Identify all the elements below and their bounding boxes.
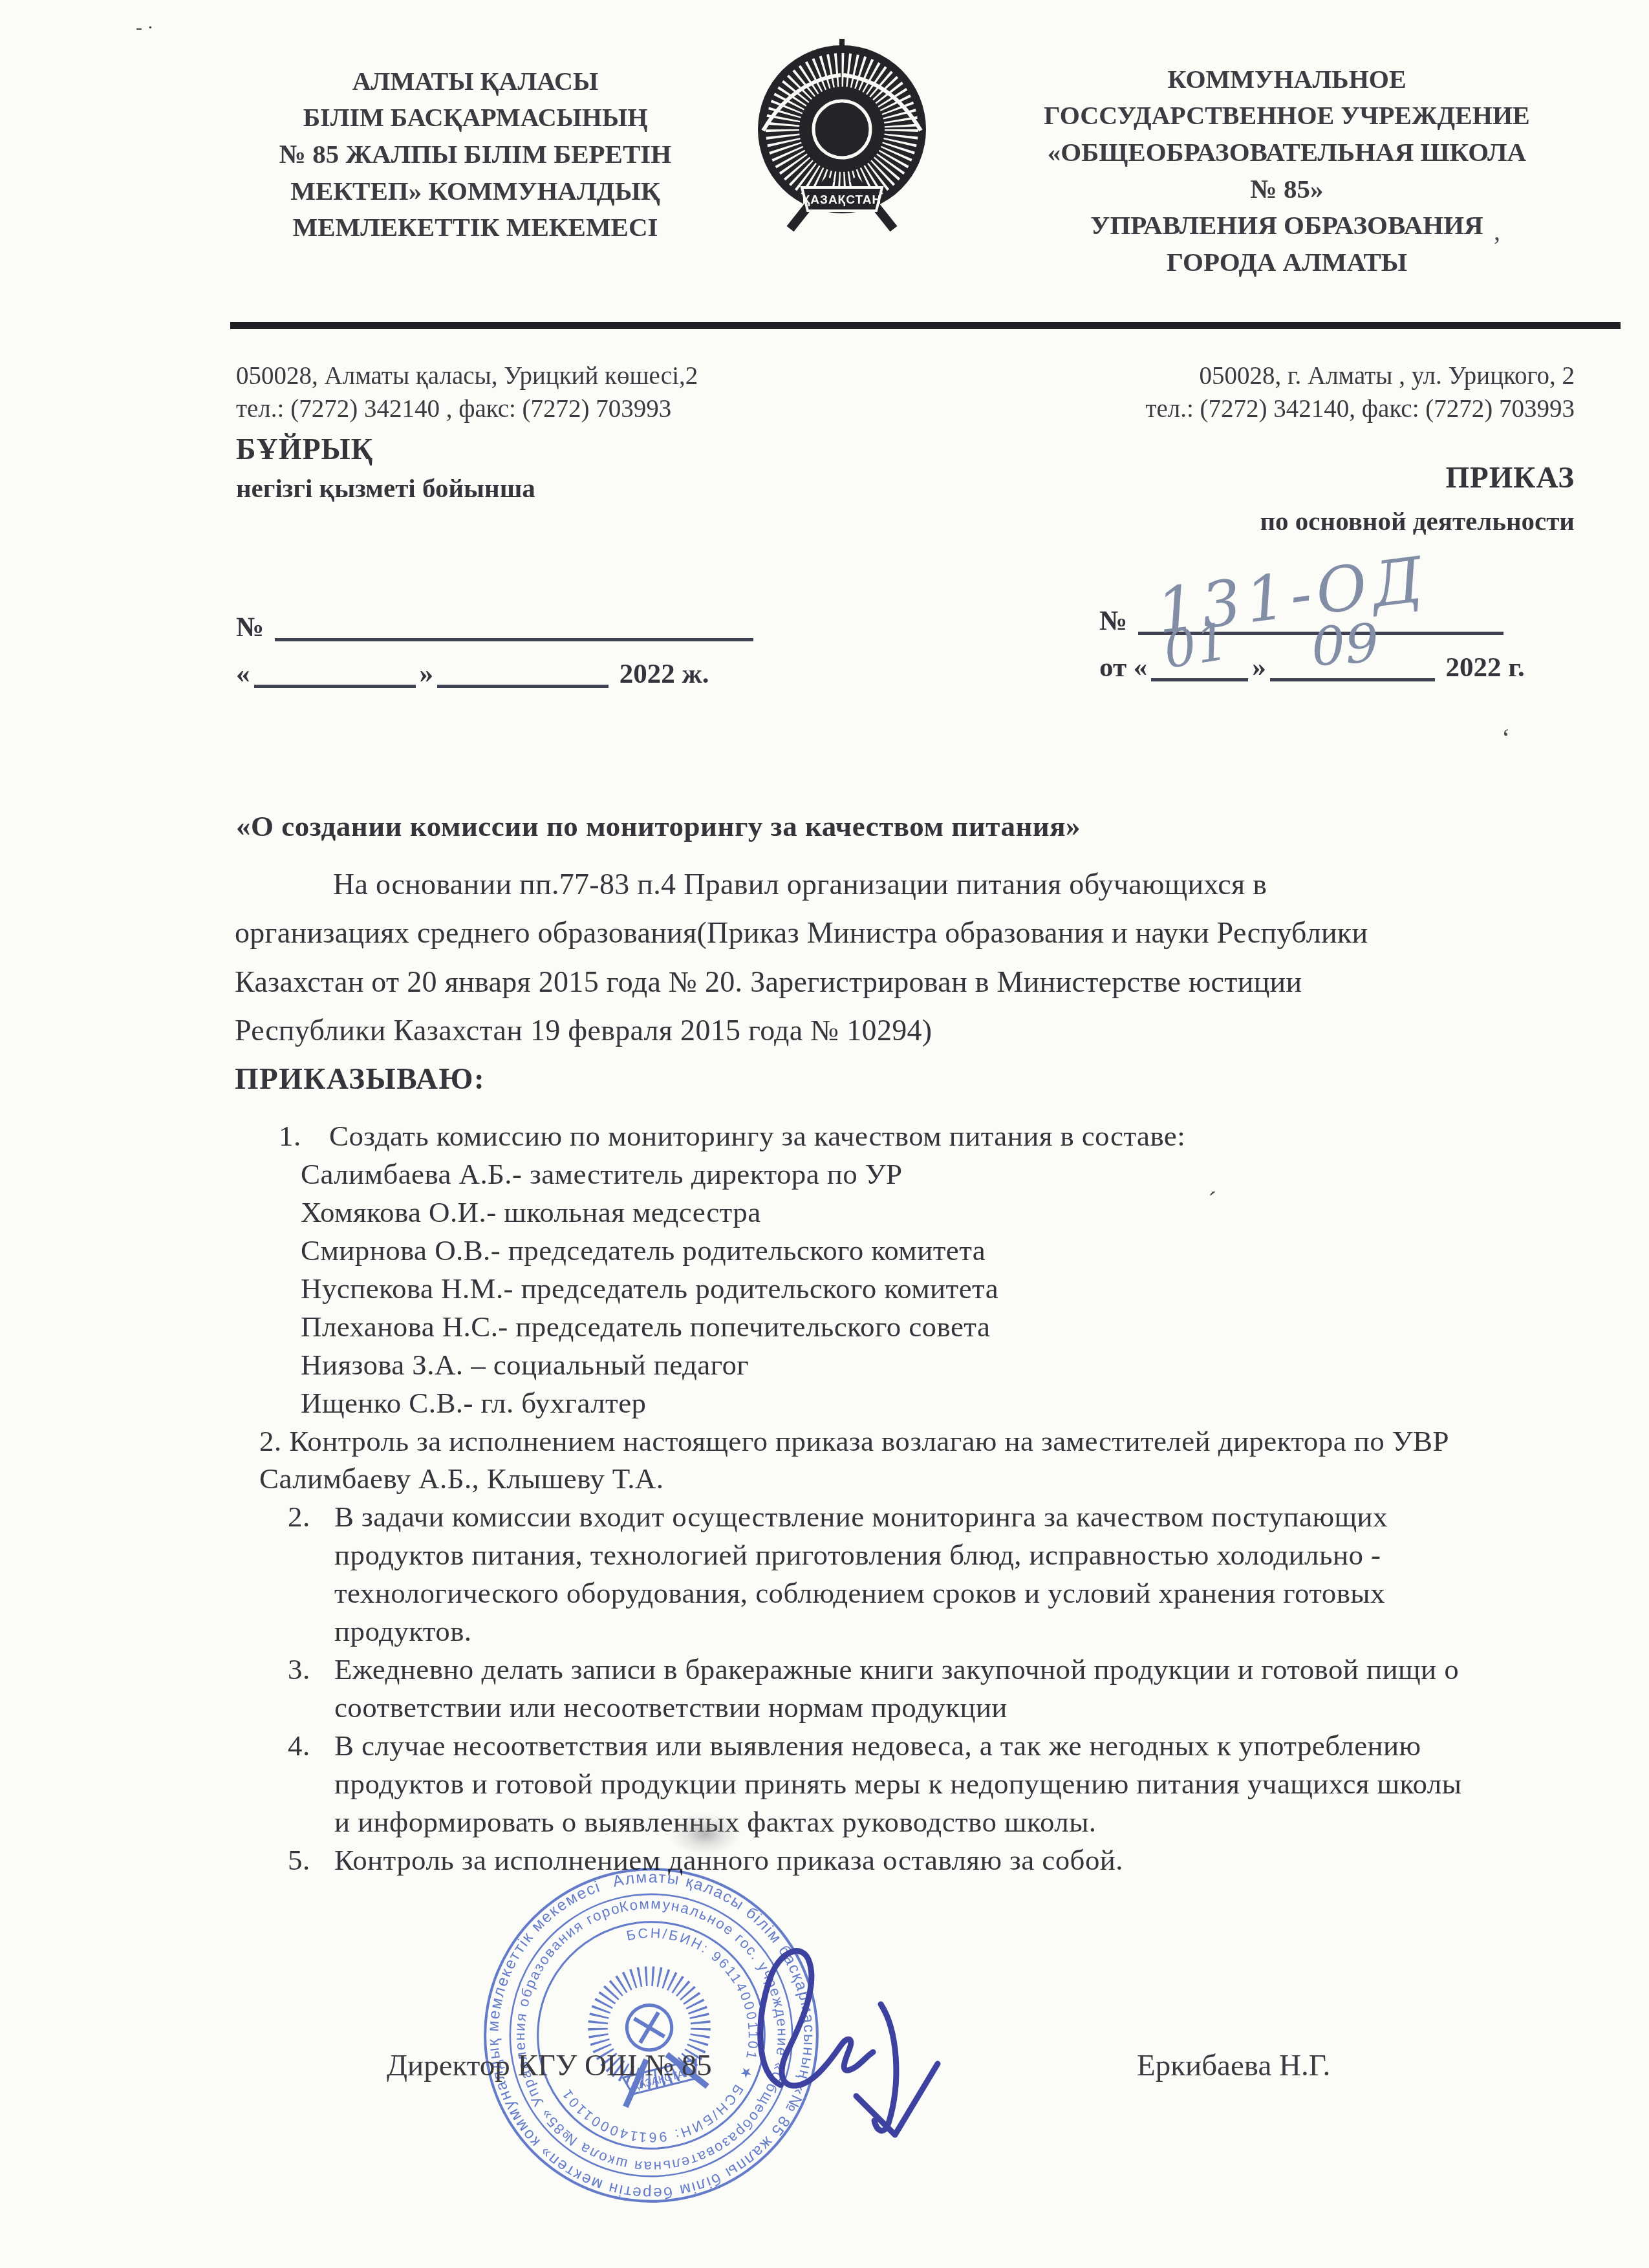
resolution-word: ПРИКАЗЫВАЮ: — [235, 1062, 485, 1097]
letterhead-kazakh: АЛМАТЫ ҚАЛАСЫ БІЛІМ БАСҚАРМАСЫНЫҢ № 85 Ж… — [249, 63, 702, 246]
doc-type-subtitle-ru: по основной деятельности — [989, 506, 1575, 537]
letterhead-line: АЛМАТЫ ҚАЛАСЫ — [249, 63, 702, 100]
blank-day-line — [254, 658, 416, 688]
order-items-list: 1. Создать комиссию по мониторингу за ка… — [235, 1117, 1483, 1879]
doc-type-kazakh: БҰЙРЫҚ негізгі қызметі бойынша — [236, 432, 535, 504]
blank-month-line: 09 — [1270, 651, 1435, 681]
doc-type-subtitle-kk: негізгі қызметі бойынша — [236, 473, 535, 504]
emblem-banner-label: ҚАЗАҚСТАН — [803, 193, 882, 207]
blank-number-line — [275, 611, 753, 641]
commission-member: Нуспекова Н.М.- председатель родительско… — [235, 1270, 1483, 1308]
order-item-1: 1. Создать комиссию по мониторингу за ка… — [235, 1117, 1483, 1155]
contact-block-kazakh: 050028, Алматы қаласы, Урицкий көшесі,2 … — [236, 359, 698, 426]
phone-line: тел.: (7272) 342140, факс: (7272) 703993 — [989, 392, 1575, 425]
phone-line: тел.: (7272) 342140 , факс: (7272) 70399… — [236, 392, 698, 425]
year-label: 2022 г. — [1446, 652, 1525, 683]
commission-member: Ищенко С.В.- гл. бухгалтер — [235, 1384, 1483, 1422]
order-item-4: 4. В случае несоответствия или выявления… — [235, 1727, 1483, 1841]
commission-member: Хомякова О.И.- школьная медсестра — [235, 1193, 1483, 1232]
item-text: Создать комиссию по мониторингу за качес… — [329, 1117, 1483, 1155]
handwritten-day: 01 — [1160, 613, 1233, 680]
signer-name: Еркибаева Н.Г. — [1137, 2048, 1330, 2083]
scan-artifact: - · — [136, 18, 153, 37]
commission-member: Салимбаева А.Б.- заместитель директора п… — [235, 1155, 1483, 1193]
number-block-kazakh: № «» 2022 ж. — [236, 611, 757, 704]
close-quote: » — [420, 659, 434, 689]
letterhead-line: № 85» — [986, 171, 1588, 208]
year-label: 2022 ж. — [620, 659, 709, 689]
letterhead-line: «ОБЩЕОБРАЗОВАТЕЛЬНАЯ ШКОЛА — [986, 134, 1588, 171]
date-prefix: от « — [1099, 652, 1147, 683]
scan-smudge — [669, 1813, 740, 1855]
open-quote: « — [236, 659, 250, 689]
item-number: 2. — [288, 1498, 334, 1651]
doc-type-title-ru: ПРИКАЗ — [989, 460, 1575, 495]
letterhead-line: КОММУНАЛЬНОЕ — [986, 61, 1588, 98]
letterhead-line: БІЛІМ БАСҚАРМАСЫНЫҢ — [249, 100, 702, 136]
letterhead-line: № 85 ЖАЛПЫ БІЛІМ БЕРЕТІН — [249, 136, 702, 173]
order-preamble: На основании пп.77-83 п.4 Правил организ… — [235, 860, 1434, 1055]
director-label: Директор КГУ ОШ № 85 — [387, 2048, 712, 2083]
scan-artifact: ´ — [1208, 1188, 1216, 1214]
order-item-5: 5. Контроль за исполнением данного прика… — [235, 1841, 1483, 1879]
order-item-3: 3. Ежедневно делать записи в бракеражные… — [235, 1651, 1483, 1727]
letterhead-line: МЕМЛЕКЕТТІК МЕКЕМЕСІ — [249, 209, 702, 246]
item-number: 4. — [288, 1727, 334, 1841]
number-label: № — [1099, 606, 1127, 636]
item-number: 5. — [288, 1841, 334, 1879]
scanned-order-document: АЛМАТЫ ҚАЛАСЫ БІЛІМ БАСҚАРМАСЫНЫҢ № 85 Ж… — [0, 0, 1649, 2268]
item-text: В случае несоответствия или выявления не… — [334, 1727, 1483, 1841]
contact-block-russian: 050028, г. Алматы , ул. Урицкого, 2 тел.… — [989, 359, 1575, 426]
address-line: 050028, Алматы қаласы, Урицкий көшесі,2 — [236, 359, 698, 392]
commission-member: Ниязова З.А. – социальный педагог — [235, 1346, 1483, 1384]
director-signature — [719, 1927, 958, 2172]
address-line: 050028, г. Алматы , ул. Урицкого, 2 — [989, 359, 1575, 392]
commission-member: Плеханова Н.С.- председатель попечительс… — [235, 1308, 1483, 1346]
scan-artifact: ‘ — [1502, 725, 1510, 751]
commission-member: Смирнова О.В.- председатель родительског… — [235, 1232, 1483, 1270]
item-number: 3. — [288, 1651, 334, 1727]
item-text: В задачи комиссии входит осуществление м… — [334, 1498, 1483, 1651]
blank-month-line — [437, 658, 609, 688]
handwritten-month: 09 — [1309, 612, 1381, 678]
number-block-russian: № 131-ОД от «01»09 2022 г. — [1099, 604, 1525, 698]
number-label: № — [236, 612, 264, 643]
letterhead-line: МЕКТЕП» КОММУНАЛДЫҚ — [249, 173, 702, 209]
order-subject-title: «О создании комиссии по мониторингу за к… — [236, 809, 1465, 843]
item-text: Ежедневно делать записи в бракеражные кн… — [334, 1651, 1483, 1727]
order-item-2: 2. В задачи комиссии входит осуществлени… — [235, 1498, 1483, 1651]
blank-day-line: 01 — [1151, 651, 1248, 681]
control-paragraph: 2. Контроль за исполнением настоящего пр… — [259, 1422, 1483, 1499]
doc-type-russian: ПРИКАЗ по основной деятельности — [989, 460, 1575, 537]
kazakhstan-coat-of-arms-icon: ҚАЗАҚСТАН — [745, 34, 939, 234]
letterhead-line: ГОССУДАРСТВЕННОЕ УЧРЕЖДЕНИЕ — [986, 98, 1588, 134]
header-divider-line — [230, 322, 1621, 329]
close-quote: » — [1252, 652, 1266, 683]
scan-artifact: ’ — [1493, 233, 1501, 259]
doc-type-title-kk: БҰЙРЫҚ — [236, 432, 535, 466]
item-number: 1. — [279, 1117, 329, 1155]
